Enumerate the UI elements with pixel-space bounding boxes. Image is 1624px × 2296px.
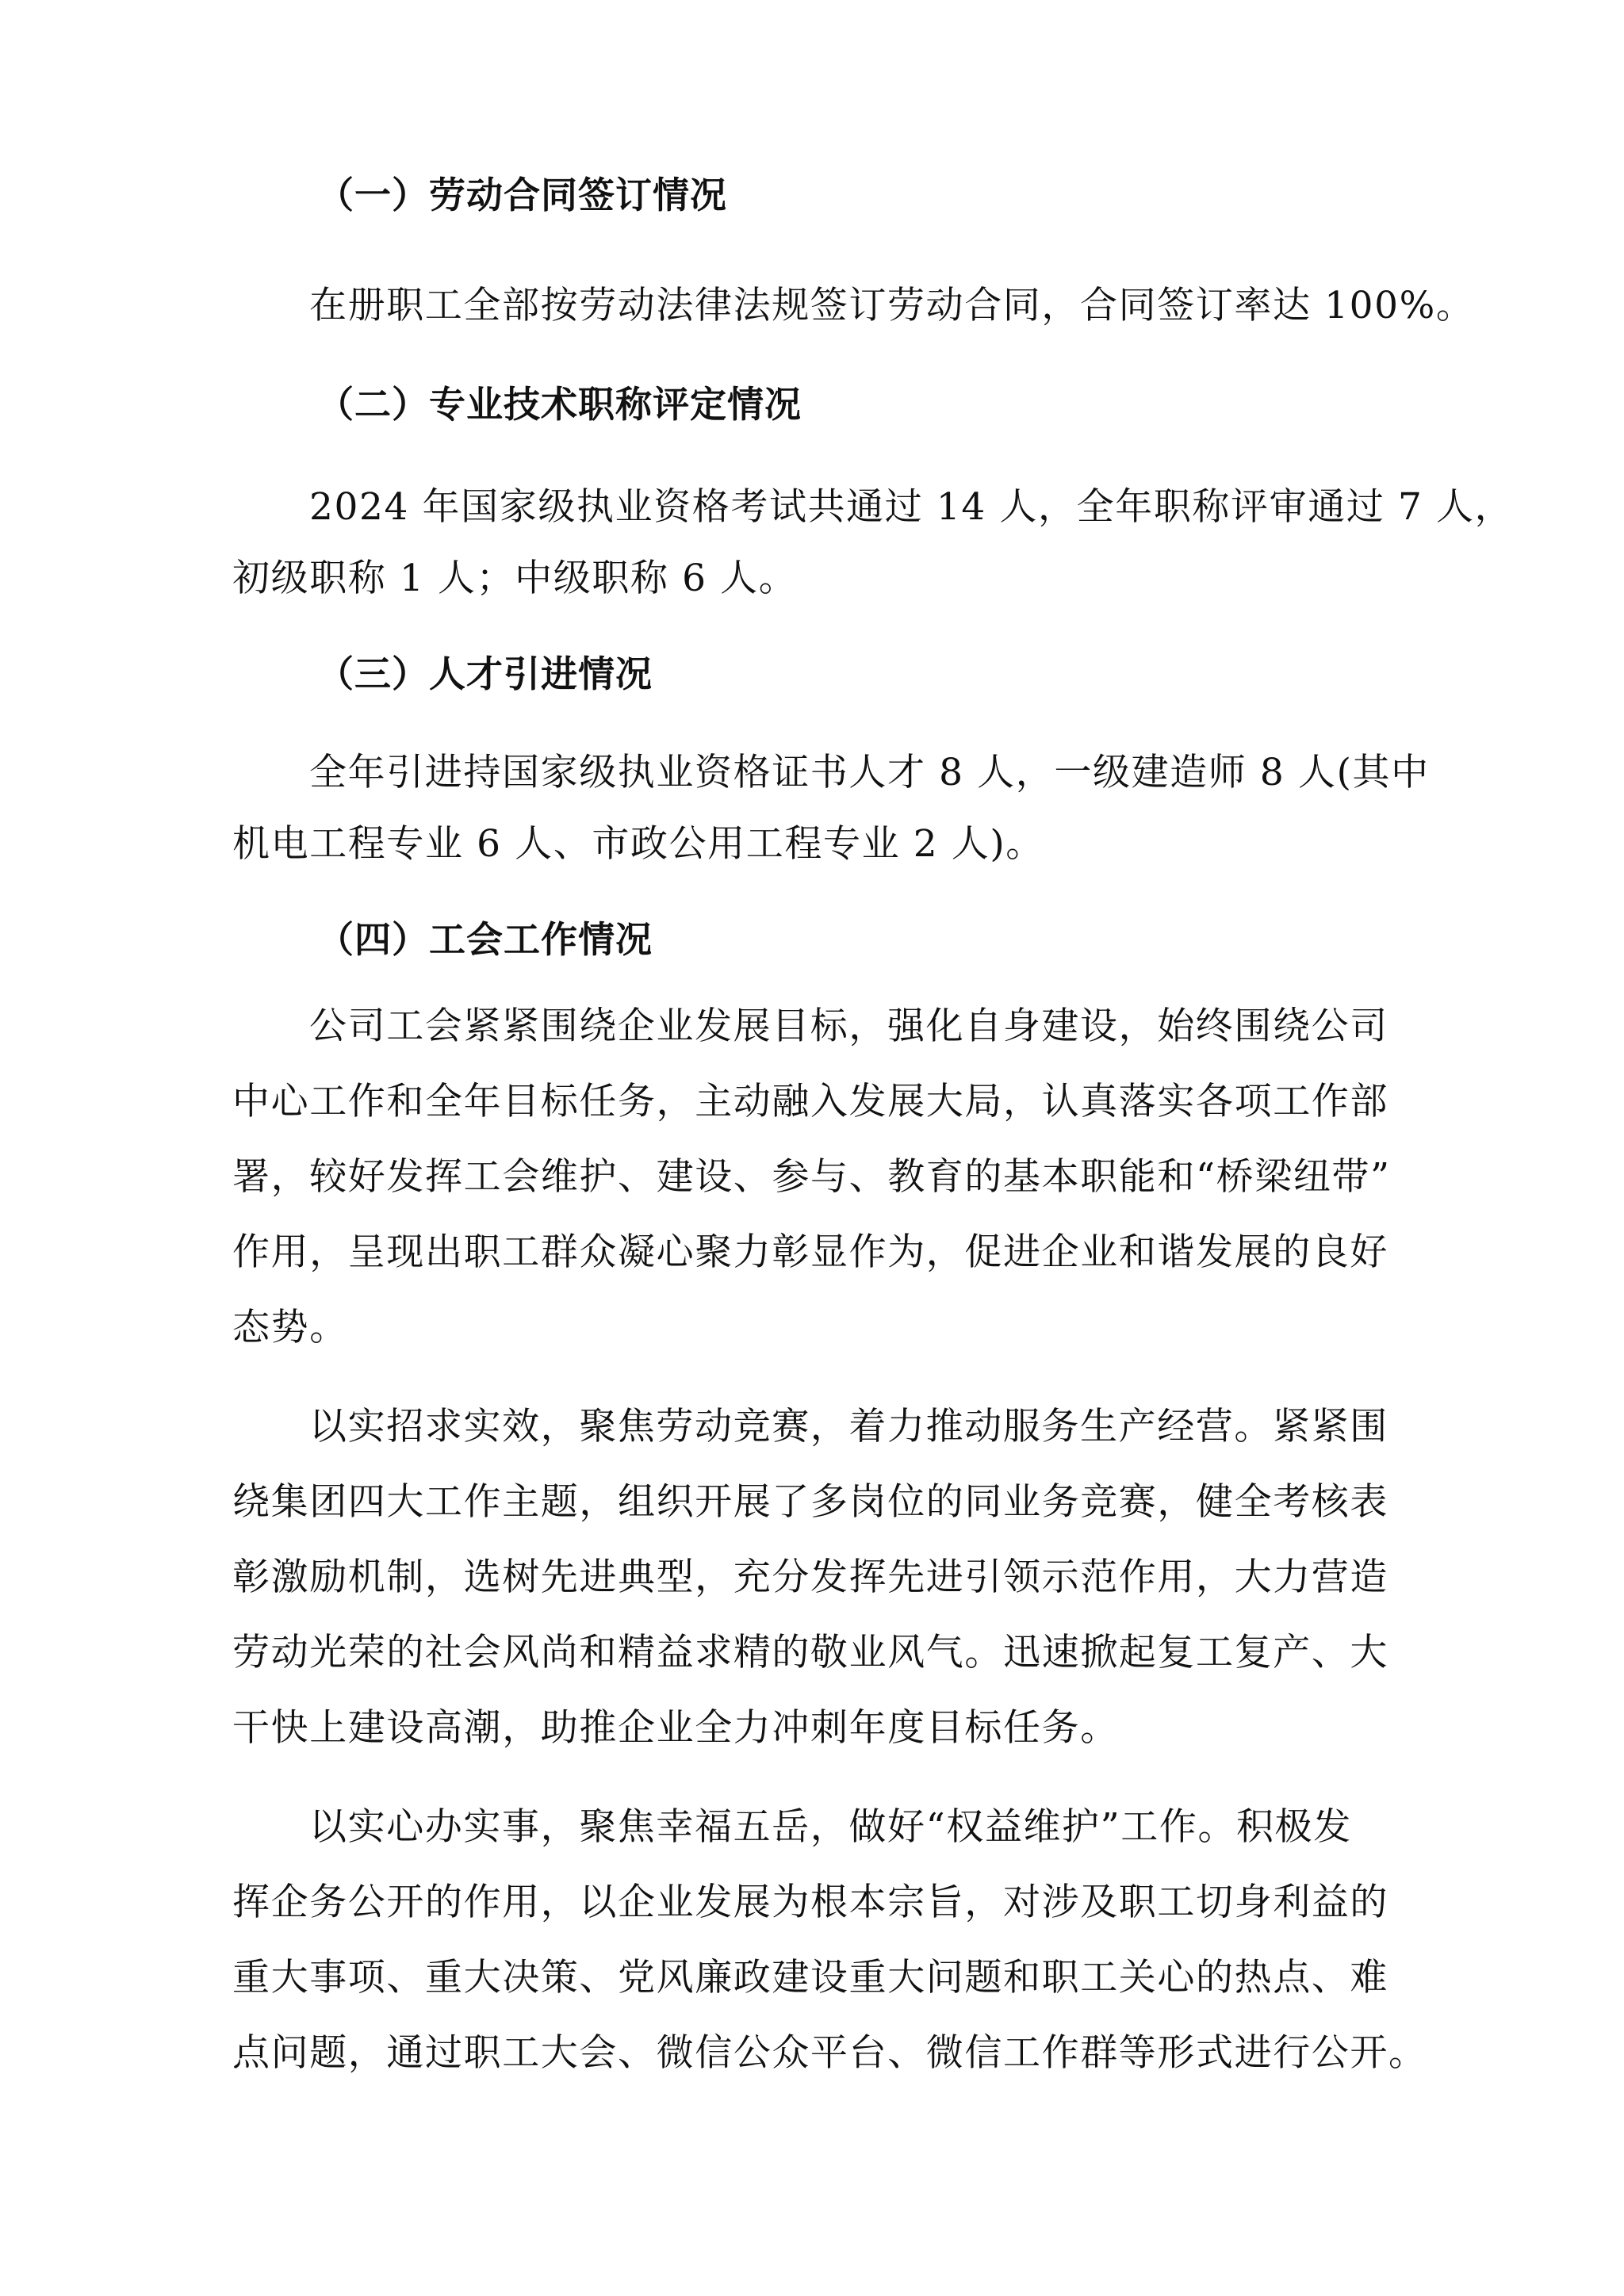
section-heading-1: （一）劳动合同签订情况 <box>317 171 1491 219</box>
paragraph-line: 绕集团四大工作主题，组织开展了多岗位的同业务竞赛，健全考核表 <box>232 1479 1406 1526</box>
paragraph-line: 公司工会紧紧围绕企业发展目标，强化自身建设，始终围绕公司 <box>309 1003 1483 1050</box>
paragraph-line: 劳动光荣的社会风尚和精益求精的敬业风气。迅速掀起复工复产、大 <box>232 1629 1406 1677</box>
paragraph-line: 重大事项、重大决策、党风廉政建设重大问题和职工关心的热点、难 <box>232 1954 1406 2002</box>
document-page: （一）劳动合同签订情况 在册职工全部按劳动法律法规签订劳动合同，合同签订率达 1… <box>0 0 1624 2296</box>
section-heading-4: （四）工会工作情况 <box>317 916 1491 963</box>
paragraph-line: 以实心办实事，聚焦幸福五岳，做好“权益维护”工作。积极发 <box>309 1804 1483 1851</box>
paragraph-line: 态势。 <box>232 1304 1406 1352</box>
paragraph-line: 机电工程专业 6 人、市政公用工程专业 2 人)。 <box>232 821 1406 868</box>
paragraph-line: 以实招求实效，聚焦劳动竞赛，着力推动服务生产经营。紧紧围 <box>309 1403 1483 1451</box>
paragraph-line: 2024 年国家级执业资格考试共通过 14 人，全年职称评审通过 7 人， <box>309 484 1483 531</box>
paragraph-line: 全年引进持国家级执业资格证书人才 8 人，一级建造师 8 人(其中 <box>309 749 1483 797</box>
paragraph-line: 彰激励机制，选树先进典型，充分发挥先进引领示范作用，大力营造 <box>232 1554 1406 1601</box>
paragraph-line: 署，较好发挥工会维护、建设、参与、教育的基本职能和“桥梁纽带” <box>232 1154 1406 1201</box>
paragraph-line: 初级职称 1 人；中级职称 6 人。 <box>232 555 1406 603</box>
paragraph-line: 挥企务公开的作用，以企业发展为根本宗旨，对涉及职工切身利益的 <box>232 1879 1406 1927</box>
section-heading-3: （三）人才引进情况 <box>317 650 1491 698</box>
paragraph-line: 中心工作和全年目标任务，主动融入发展大局，认真落实各项工作部 <box>232 1078 1406 1126</box>
paragraph-line: 作用，呈现出职工群众凝心聚力彰显作为，促进企业和谐发展的良好 <box>232 1229 1406 1276</box>
section-heading-2: （二）专业技术职称评定情况 <box>317 381 1491 428</box>
paragraph-line: 干快上建设高潮，助推企业全力冲刺年度目标任务。 <box>232 1705 1406 1752</box>
paragraph-line: 点问题，通过职工大会、微信公众平台、微信工作群等形式进行公开。 <box>232 2030 1406 2077</box>
paragraph-line: 在册职工全部按劳动法律法规签订劳动合同，合同签订率达 100%。 <box>309 282 1483 330</box>
